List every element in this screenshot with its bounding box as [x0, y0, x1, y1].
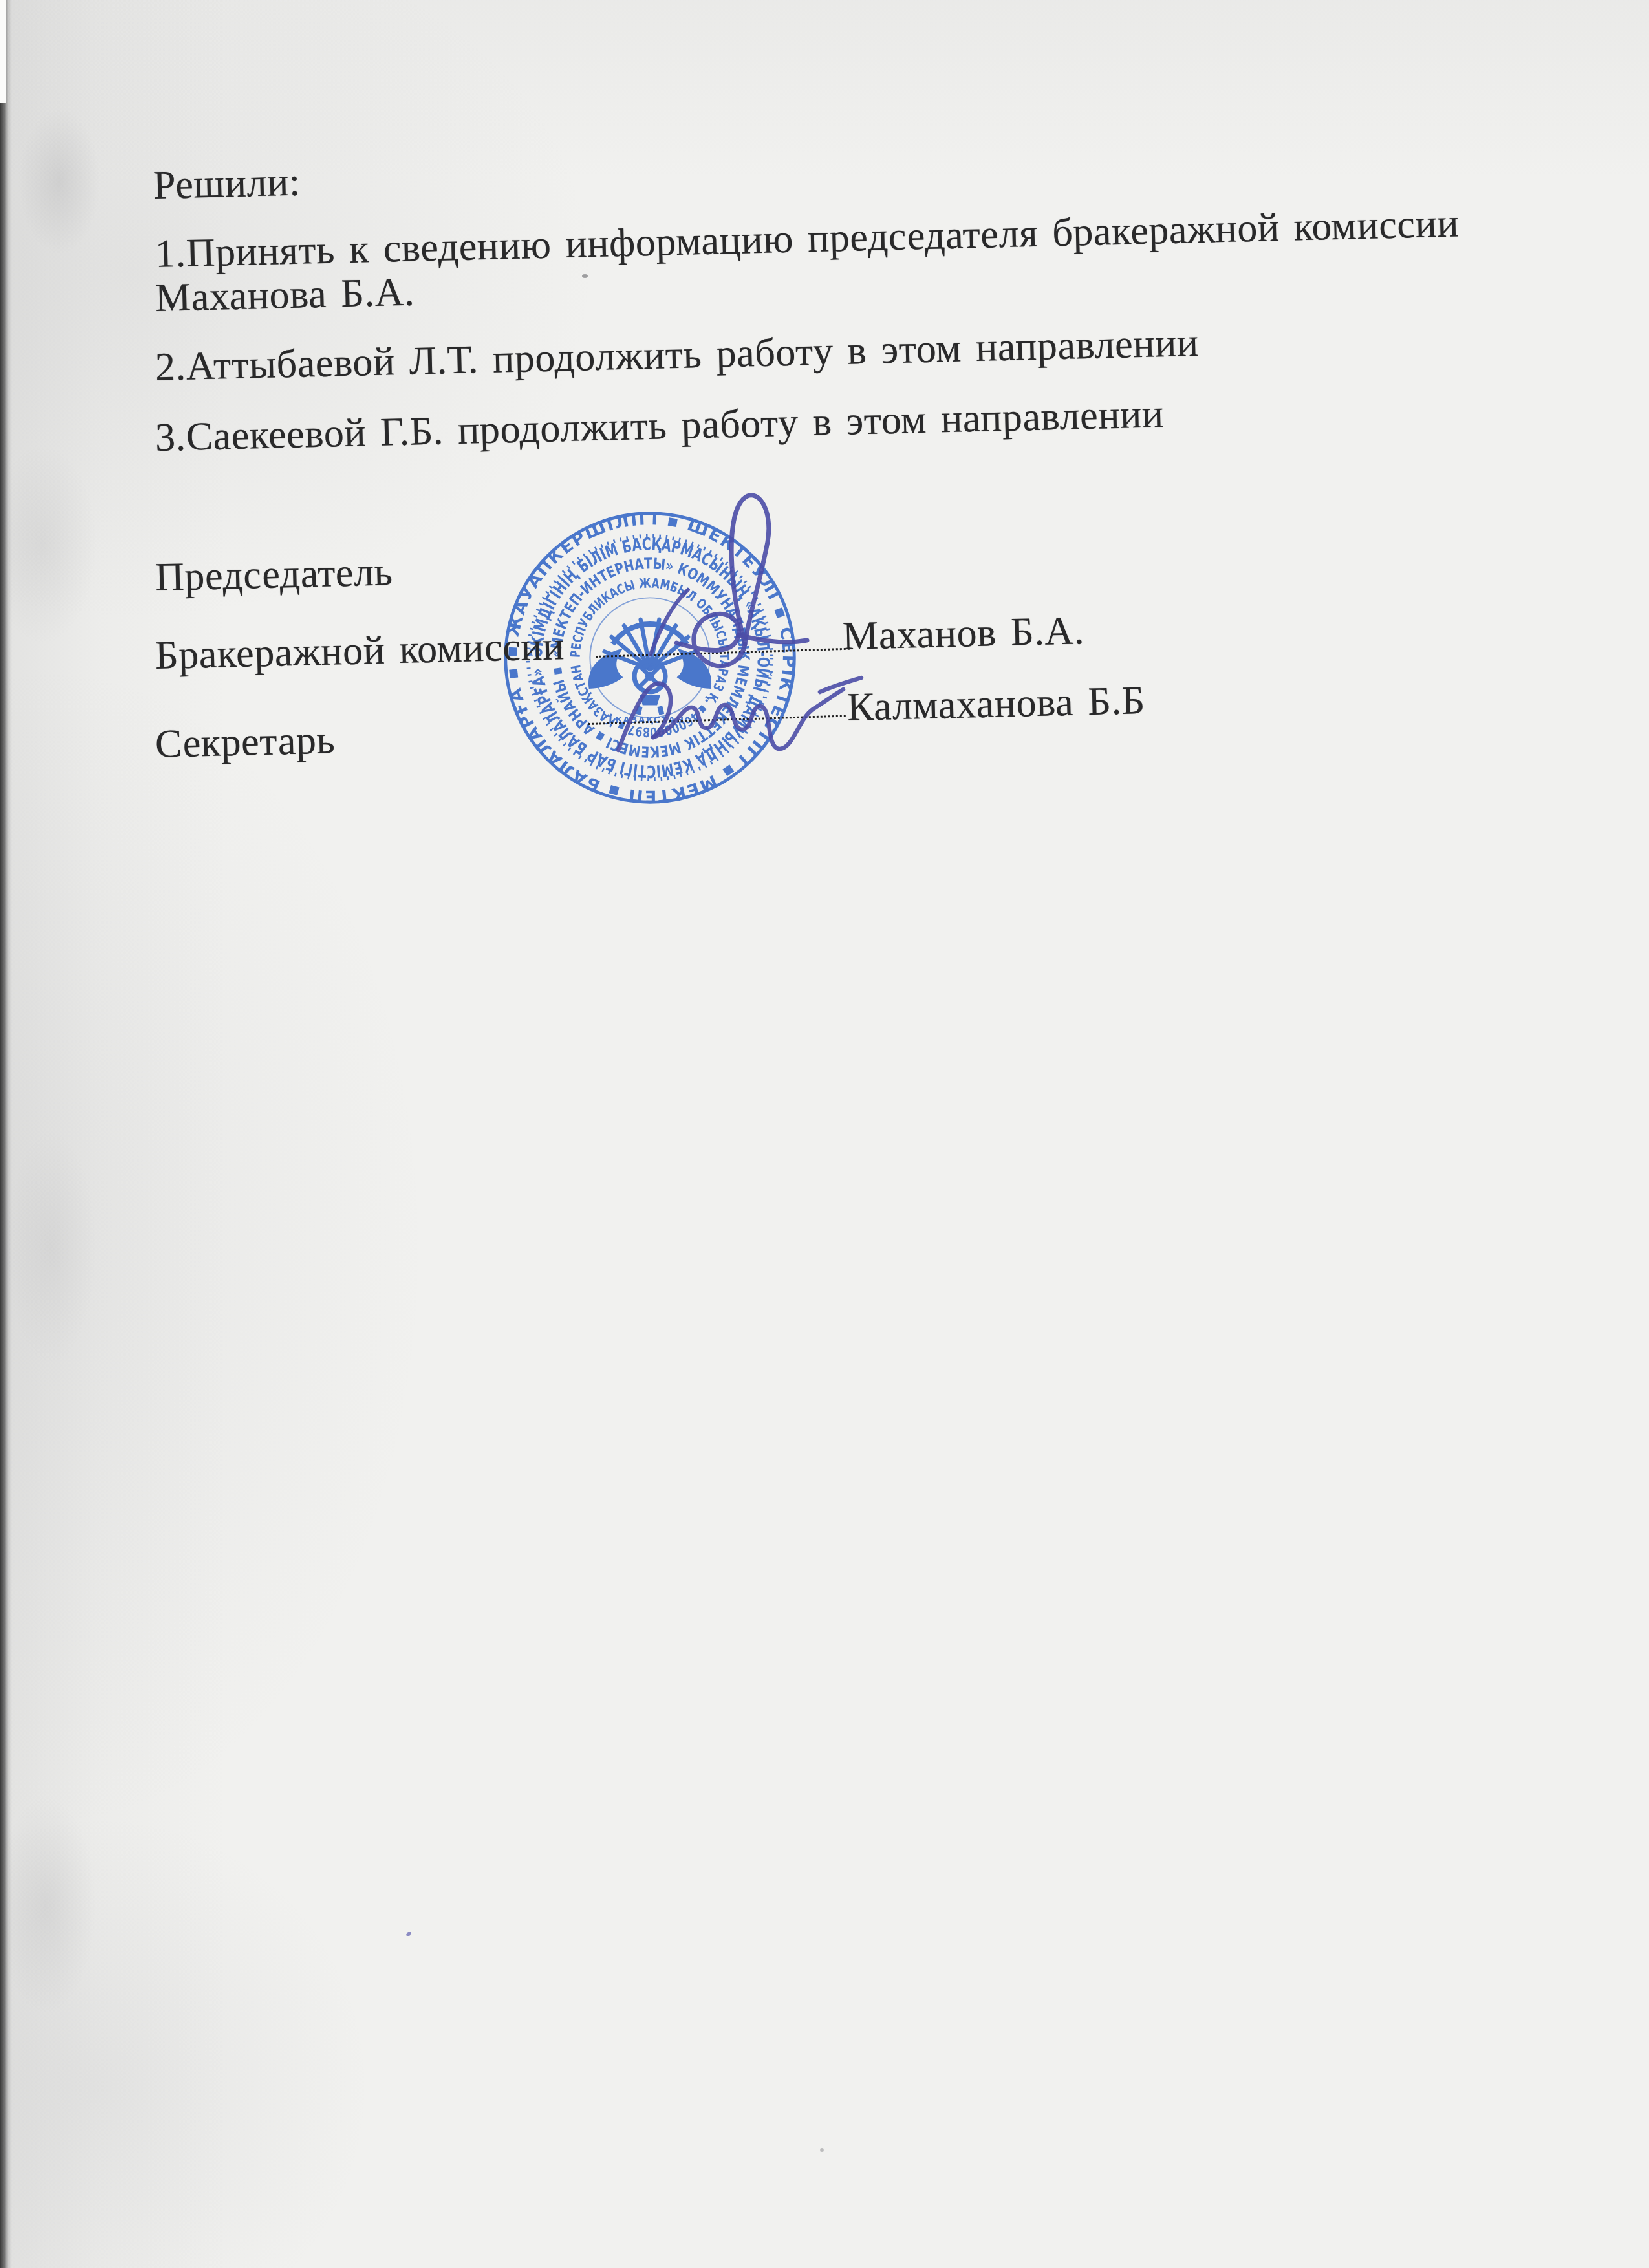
- decision-item-1-line-1: 1.Принять к сведению информацию председа…: [155, 203, 1459, 274]
- scanner-edge-shadow: [0, 0, 12, 2268]
- ink-speck: [405, 1931, 411, 1936]
- decision-heading: Решили:: [153, 162, 301, 206]
- scan-noise-left-margin: [9, 0, 177, 2268]
- secretary-label: Секретарь: [155, 720, 336, 764]
- chairman-label-line-2: Бракеражной комиссии: [155, 626, 565, 676]
- chairman-label-line-1: Председатель: [155, 552, 393, 598]
- chairman-name: Маханов Б.А.: [842, 610, 1084, 656]
- scanned-document-page: ▪ ЖАУАПКЕРШІЛІГІ ▪ ШЕКТЕУЛІ ▪ СЕРІКТЕСТІ…: [0, 0, 1649, 2268]
- scanner-edge-highlight: [0, 0, 6, 103]
- decision-item-1-line-2: Маханова Б.А.: [155, 272, 415, 318]
- secretary-name: Калмаханова Б.Б: [846, 680, 1145, 728]
- paper-speck: [582, 274, 588, 278]
- decision-item-2: 2.Аттыбаевой Л.Т. продолжить работу в эт…: [155, 323, 1199, 387]
- paper-speck: [820, 2148, 824, 2152]
- emblem-base: [636, 695, 664, 715]
- decision-item-3: 3.Саекеевой Г.Б. продолжить работу в это…: [155, 394, 1164, 458]
